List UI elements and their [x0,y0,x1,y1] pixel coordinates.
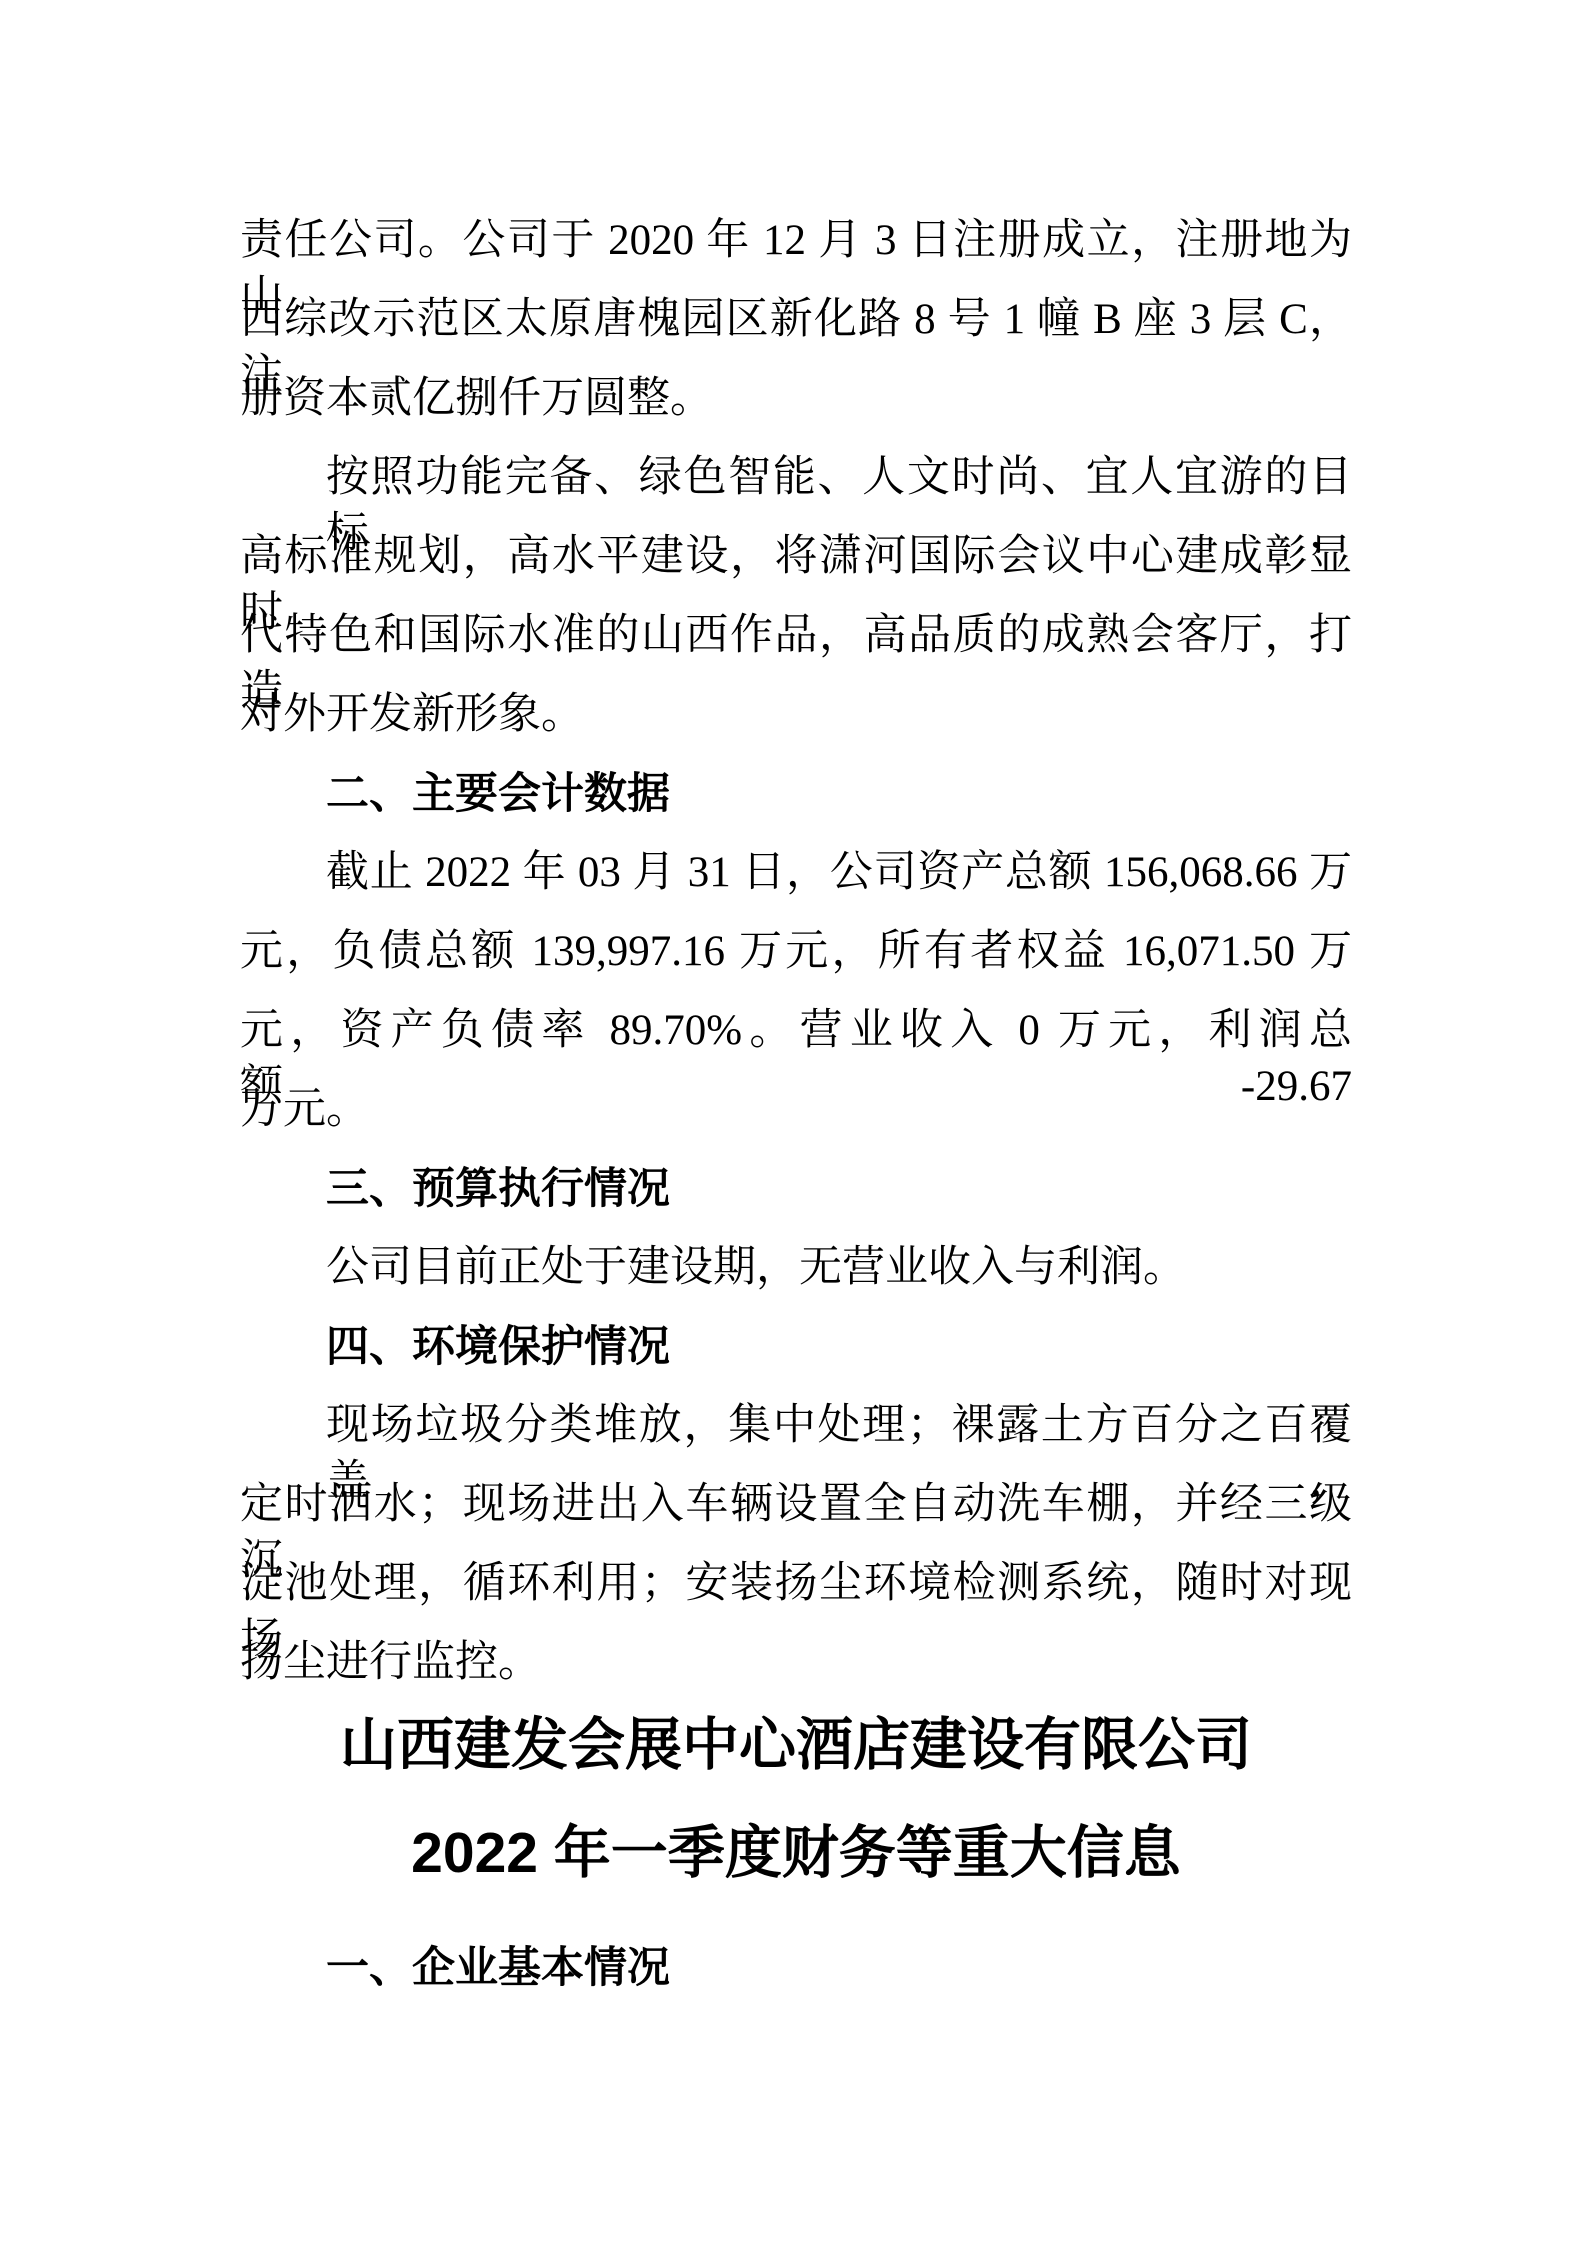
doc-title-company: 山西建发会展中心酒店建设有限公司 [240,1708,1352,1782]
document-page: 责任公司。公司于 2020 年 12 月 3 日注册成立，注册地为山 西综改示范… [0,0,1587,2245]
body-line: 公司目前正处于建设期，无营业收入与利润。 [326,1240,1352,1296]
section-heading-environment: 四、环境保护情况 [326,1319,1352,1375]
section-heading-accounting: 二、主要会计数据 [326,766,1352,822]
body-line: 扬尘进行监控。 [240,1635,1352,1691]
body-line: 万元。 [240,1082,1352,1138]
doc-title-report: 2022 年一季度财务等重大信息 [240,1816,1352,1890]
body-line: 对外开发新形象。 [240,687,1352,743]
section-heading-budget: 三、预算执行情况 [326,1161,1352,1217]
section-heading-basic-info: 一、企业基本情况 [326,1940,1352,1996]
body-line: 册资本贰亿捌仟万圆整。 [240,371,1352,427]
